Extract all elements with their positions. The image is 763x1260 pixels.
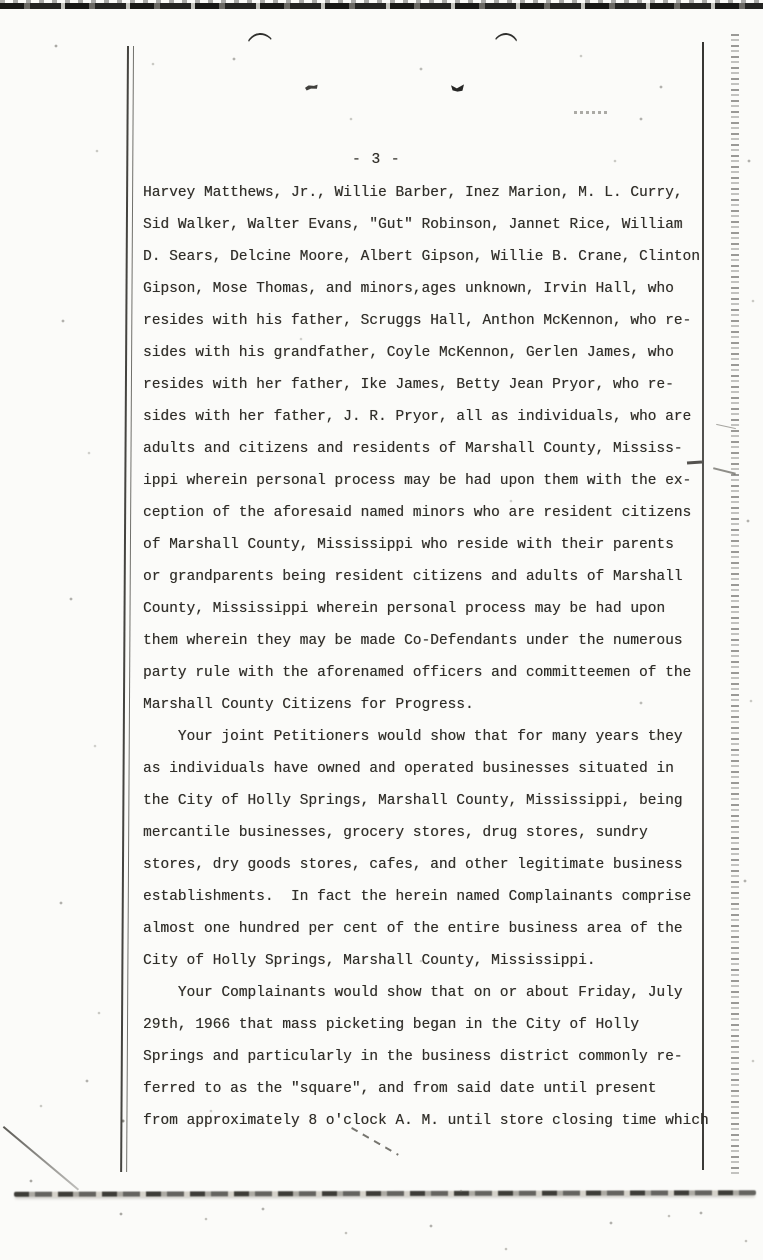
text-line: the City of Holly Springs, Marshall Coun… bbox=[143, 785, 703, 817]
text-line: ferred to as the "square", and from said… bbox=[143, 1073, 703, 1105]
text-line: Harvey Matthews, Jr., Willie Barber, Ine… bbox=[143, 177, 703, 209]
top-edge-scan-bar bbox=[0, 3, 763, 9]
scanned-document-page: - 3 - Harvey Matthews, Jr., Willie Barbe… bbox=[0, 0, 763, 1260]
faint-smudge-dots bbox=[574, 111, 610, 114]
left-margin-rule bbox=[120, 46, 134, 1172]
text-line: almost one hundred per cent of the entir… bbox=[143, 913, 703, 945]
ink-smudge-left bbox=[305, 84, 319, 91]
text-line: Marshall County Citizens for Progress. bbox=[143, 689, 703, 721]
text-line: from approximately 8 o'clock A. M. until… bbox=[143, 1105, 703, 1137]
text-line: mercantile businesses, grocery stores, d… bbox=[143, 817, 703, 849]
ink-smudge-right bbox=[451, 84, 464, 92]
text-line: adults and citizens and residents of Mar… bbox=[143, 433, 703, 465]
text-line: sides with her father, J. R. Pryor, all … bbox=[143, 401, 703, 433]
text-line: Your Complainants would show that on or … bbox=[143, 977, 703, 1009]
text-line: resides with his father, Scruggs Hall, A… bbox=[143, 305, 703, 337]
text-line: 29th, 1966 that mass picketing began in … bbox=[143, 1009, 703, 1041]
text-line: City of Holly Springs, Marshall County, … bbox=[143, 945, 703, 977]
bottom-edge-scan-line bbox=[14, 1190, 756, 1197]
text-line: stores, dry goods stores, cafes, and oth… bbox=[143, 849, 703, 881]
text-line: Your joint Petitioners would show that f… bbox=[143, 721, 703, 753]
paper-speckle-noise bbox=[0, 0, 2, 2]
text-line: D. Sears, Delcine Moore, Albert Gipson, … bbox=[143, 241, 703, 273]
text-line: resides with her father, Ike James, Bett… bbox=[143, 369, 703, 401]
text-line: establishments. In fact the herein named… bbox=[143, 881, 703, 913]
text-line: sides with his grandfather, Coyle McKenn… bbox=[143, 337, 703, 369]
paper-curl-mark-right bbox=[491, 32, 520, 51]
text-line: party rule with the aforenamed officers … bbox=[143, 657, 703, 689]
binding-perforation-column bbox=[731, 34, 739, 1174]
text-line: Sid Walker, Walter Evans, "Gut" Robinson… bbox=[143, 209, 703, 241]
text-line: ippi wherein personal process may be had… bbox=[143, 465, 703, 497]
text-line: Gipson, Mose Thomas, and minors,ages unk… bbox=[143, 273, 703, 305]
page-number: - 3 - bbox=[352, 152, 401, 168]
paper-curl-mark-left bbox=[244, 32, 275, 52]
text-line: or grandparents being resident citizens … bbox=[143, 561, 703, 593]
text-line: County, Mississippi wherein personal pro… bbox=[143, 593, 703, 625]
text-line: them wherein they may be made Co-Defenda… bbox=[143, 625, 703, 657]
text-line: of Marshall County, Mississippi who resi… bbox=[143, 529, 703, 561]
text-body: Harvey Matthews, Jr., Willie Barber, Ine… bbox=[143, 177, 703, 1137]
bottom-left-scratch bbox=[3, 1126, 79, 1190]
text-line: as individuals have owned and operated b… bbox=[143, 753, 703, 785]
text-line: ception of the aforesaid named minors wh… bbox=[143, 497, 703, 529]
text-line: Springs and particularly in the business… bbox=[143, 1041, 703, 1073]
